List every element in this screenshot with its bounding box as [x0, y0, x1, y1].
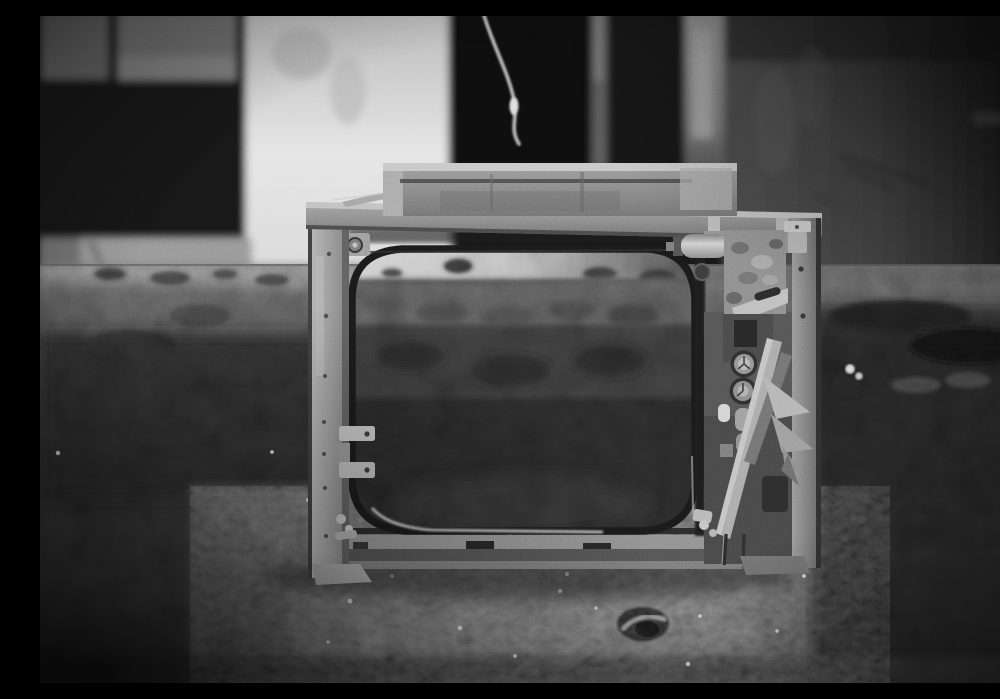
photo-canvas — [40, 16, 1000, 683]
film-grain — [40, 16, 1000, 683]
abandoned-room-tv-photo — [40, 16, 1000, 683]
